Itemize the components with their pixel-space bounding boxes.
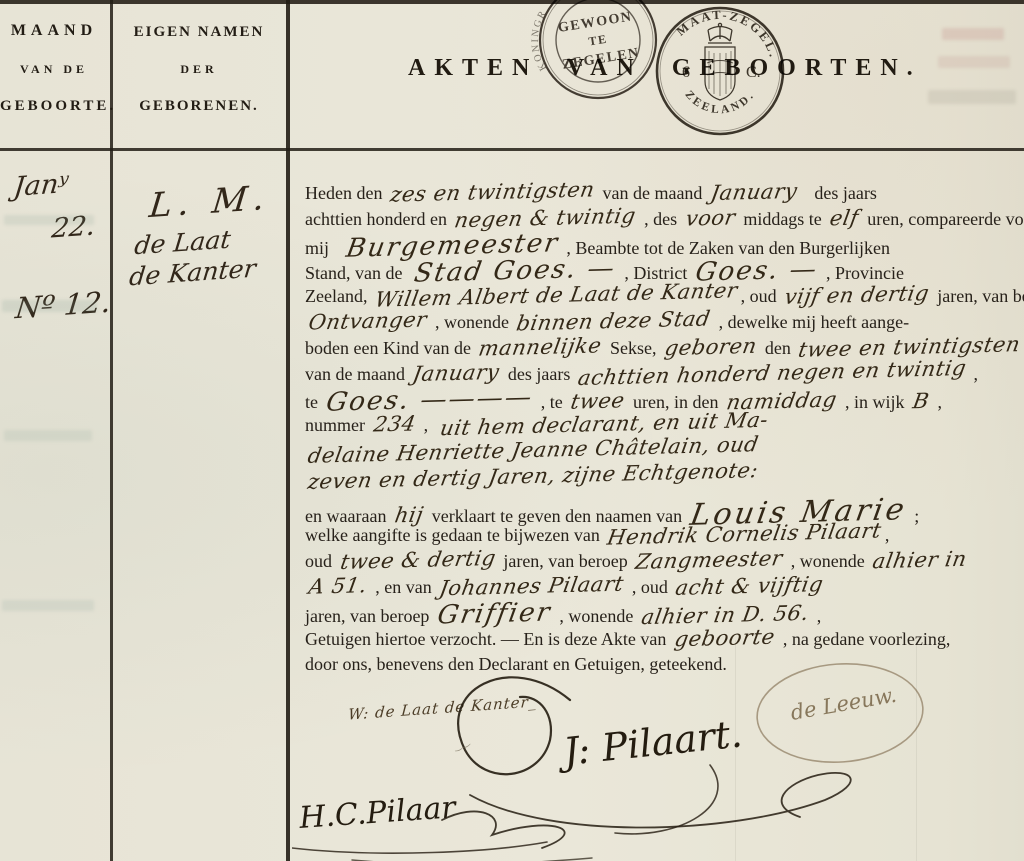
- bleedthrough-mark: [942, 28, 1004, 40]
- handwritten-segment: mannelijke: [473, 335, 607, 359]
- printed-segment: , na gedane voorlezing,: [778, 629, 950, 649]
- annotation-text: de Leeuw.: [789, 683, 899, 725]
- pencil-annotation-group: de Leeuw.: [752, 658, 928, 770]
- stamp-inner-line2: TE: [588, 32, 609, 49]
- handwritten-segment: January: [407, 361, 505, 384]
- printed-segment: , des: [640, 209, 682, 229]
- printed-segment: , Provincie: [822, 263, 905, 283]
- printed-segment: Sekse,: [605, 338, 661, 358]
- printed-segment: Zeeland,: [305, 286, 372, 306]
- birth-month-entry: Janʸ: [12, 168, 70, 203]
- printed-segment: , oud: [741, 286, 782, 306]
- printed-segment: , en van: [371, 577, 436, 597]
- main-signature-name: J: Pilaart.: [554, 711, 744, 774]
- paper-crease: [735, 640, 736, 861]
- body-line: Getuigen hiertoe verzocht. — En is deze …: [305, 627, 1019, 653]
- month-column-header-line1: MAAND: [0, 22, 108, 40]
- handwritten-segment: B: [907, 391, 935, 413]
- bleedthrough-mark: [938, 56, 1010, 68]
- stamp-ring-text: KONINGR: [530, 8, 550, 73]
- shield-icon: [705, 47, 735, 100]
- column-divider-1: [110, 0, 113, 861]
- handwritten-segment: achttien honderd negen en twintig: [572, 357, 972, 388]
- body-line: jaren, van beroep Griffier , wonende alh…: [305, 601, 1019, 627]
- handwritten-segment: Zangmeester: [630, 548, 788, 573]
- printed-segment: mij: [305, 238, 343, 258]
- body-line: Zeeland, Willem Albert de Laat de Kanter…: [305, 284, 1019, 310]
- names-column-header-line3: GEBORENEN.: [114, 98, 284, 115]
- printed-segment: te: [305, 392, 323, 412]
- handwritten-segment: hij: [389, 504, 429, 526]
- handwritten-segment: zes en twintigsten: [385, 179, 601, 206]
- printed-segment: boden een Kind van de: [305, 338, 475, 358]
- second-signature-group: H.C.Pilaar: [292, 790, 712, 861]
- gewoon-te-zegelen-stamp: KONINGR GEWOON TE ZEGELEN: [528, 0, 668, 108]
- printed-segment: , wonende: [786, 551, 869, 571]
- handwritten-segment: Johannes Pilaart: [434, 573, 630, 599]
- printed-segment: Getuigen hiertoe verzocht. — En is deze …: [305, 629, 671, 649]
- paper-crease: [916, 640, 917, 861]
- handwritten-segment: Ontvanger: [303, 309, 433, 333]
- maat-zegel-zeeland-stamp: MAAT-ZEGEL. ZEELAND. 6 C.: [650, 3, 790, 143]
- column-divider-2: [286, 0, 290, 861]
- handwritten-segment: vijf en dertig: [779, 283, 935, 308]
- faint-pencil-mark: ‿‿: [451, 736, 472, 754]
- top-border-rule: [0, 0, 1024, 4]
- printed-segment: des jaars: [801, 183, 877, 203]
- body-text: Heden den zes en twintigsten van de maan…: [305, 181, 1019, 678]
- printed-segment: , wonende: [555, 606, 638, 626]
- handwritten-segment: Goes. ————: [320, 385, 539, 417]
- body-line: Ontvanger , wonende binnen deze Stad , d…: [305, 310, 1019, 336]
- printed-segment: ,: [419, 415, 437, 435]
- printed-segment: achttien honderd en: [305, 209, 451, 229]
- stamp2-price-right: C.: [746, 64, 761, 81]
- printed-segment: , oud: [627, 577, 672, 597]
- body-line: en waaraan hij verklaart te geven den na…: [305, 498, 1019, 524]
- body-line: te Goes. ———— , te twee uren, in den nam…: [305, 387, 1019, 413]
- child-initials: L. M.: [147, 178, 272, 226]
- body-line: achttien honderd en negen & twintig , de…: [305, 207, 1019, 233]
- printed-segment: nummer: [305, 415, 370, 435]
- printed-segment: jaren, van beroep: [499, 551, 632, 571]
- printed-segment: ;: [910, 506, 920, 526]
- printed-segment: uren, compareerde voor: [863, 209, 1024, 229]
- printed-segment: van de maand: [305, 364, 409, 384]
- birth-register-page: MAAND VAN DE GEBOORTE. EIGEN NAMEN DER G…: [0, 0, 1024, 861]
- printed-segment: des jaars: [503, 364, 574, 384]
- printed-segment: , te: [536, 392, 567, 412]
- handwritten-segment: voor: [680, 207, 741, 229]
- stamp2-arc-top-text: MAAT-ZEGEL.: [674, 8, 782, 61]
- bleedthrough-mark: [4, 215, 94, 225]
- second-signature-underline: [292, 842, 547, 853]
- body-line: oud twee & dertig jaren, van beroep Zang…: [305, 549, 1019, 575]
- second-signature-name: H.C.Pilaar: [297, 790, 458, 836]
- printed-segment: den: [760, 338, 795, 358]
- bleedthrough-mark: [928, 90, 1016, 104]
- header-underline-rule: [0, 148, 1024, 151]
- printed-segment: ,: [933, 392, 942, 412]
- child-surname-line2: de Kanter: [128, 254, 258, 292]
- body-line: zeven en dertig Jaren, zijne Echtgenote:: [305, 465, 1019, 491]
- body-line: Heden den zes en twintigsten van de maan…: [305, 181, 1019, 207]
- bleedthrough-mark: [2, 300, 97, 312]
- handwritten-segment: Griffier: [431, 599, 557, 628]
- stamp-inner-line1: GEWOON: [557, 9, 634, 36]
- handwritten-segment: January: [705, 181, 803, 204]
- handwritten-segment: A 51.: [303, 575, 373, 598]
- month-column-header-line2: VAN DE: [0, 62, 108, 77]
- printed-segment: , in wijk: [840, 392, 909, 412]
- printed-segment: jaren, van beroep: [933, 286, 1024, 306]
- handwritten-segment: alhier in D. 56.: [636, 602, 815, 628]
- handwritten-segment: Hendrik Cornelis Pilaart: [602, 521, 887, 549]
- body-line: A 51. , en van Johannes Pilaart , oud ac…: [305, 575, 1019, 601]
- handwritten-segment: acht & vijftig: [670, 574, 829, 599]
- printed-segment: oud: [305, 551, 337, 571]
- printed-segment: Stand, van de: [305, 263, 411, 283]
- printed-segment: jaren, van beroep: [305, 606, 434, 626]
- printed-segment: Heden den: [305, 183, 387, 203]
- printed-segment: middags te: [739, 209, 827, 229]
- body-line: van de maand January des jaars achttien …: [305, 362, 1019, 388]
- handwritten-segment: twee & dertig: [334, 548, 501, 573]
- child-surname-line1: de Laat: [133, 225, 232, 261]
- handwritten-segment: negen & twintig: [449, 205, 642, 231]
- handwritten-segment: geboren: [659, 335, 762, 359]
- signature-loop: [458, 677, 570, 774]
- handwritten-segment: elf: [824, 207, 864, 229]
- bleedthrough-mark: [2, 600, 94, 611]
- handwritten-segment: binnen deze Stad: [511, 308, 716, 334]
- printed-segment: , dewelke mij heeft aange-: [714, 312, 909, 332]
- handwritten-segment: twee: [565, 391, 630, 414]
- handwritten-segment: alhier in: [867, 549, 972, 573]
- names-column-header-line2: DER: [114, 62, 284, 77]
- printed-segment: van de maand: [598, 183, 707, 203]
- body-line: welke aangifte is gedaan te bijwezen van…: [305, 523, 1019, 549]
- body-line: mij Burgemeester , Beambte tot de Zaken …: [305, 233, 1019, 259]
- month-column-header-line3: GEBOORTE.: [0, 98, 108, 115]
- handwritten-segment: geboorte: [669, 626, 781, 650]
- printed-segment: , wonende: [431, 312, 514, 332]
- printed-segment: welke aangifte is gedaan te bijwezen van: [305, 525, 604, 545]
- handwritten-segment: 234: [368, 414, 421, 436]
- crown-icon: [708, 23, 732, 43]
- names-column-header-line1: EIGEN NAMEN: [114, 24, 284, 41]
- bleedthrough-mark: [4, 430, 92, 441]
- stamp2-price-left: 6: [682, 64, 690, 81]
